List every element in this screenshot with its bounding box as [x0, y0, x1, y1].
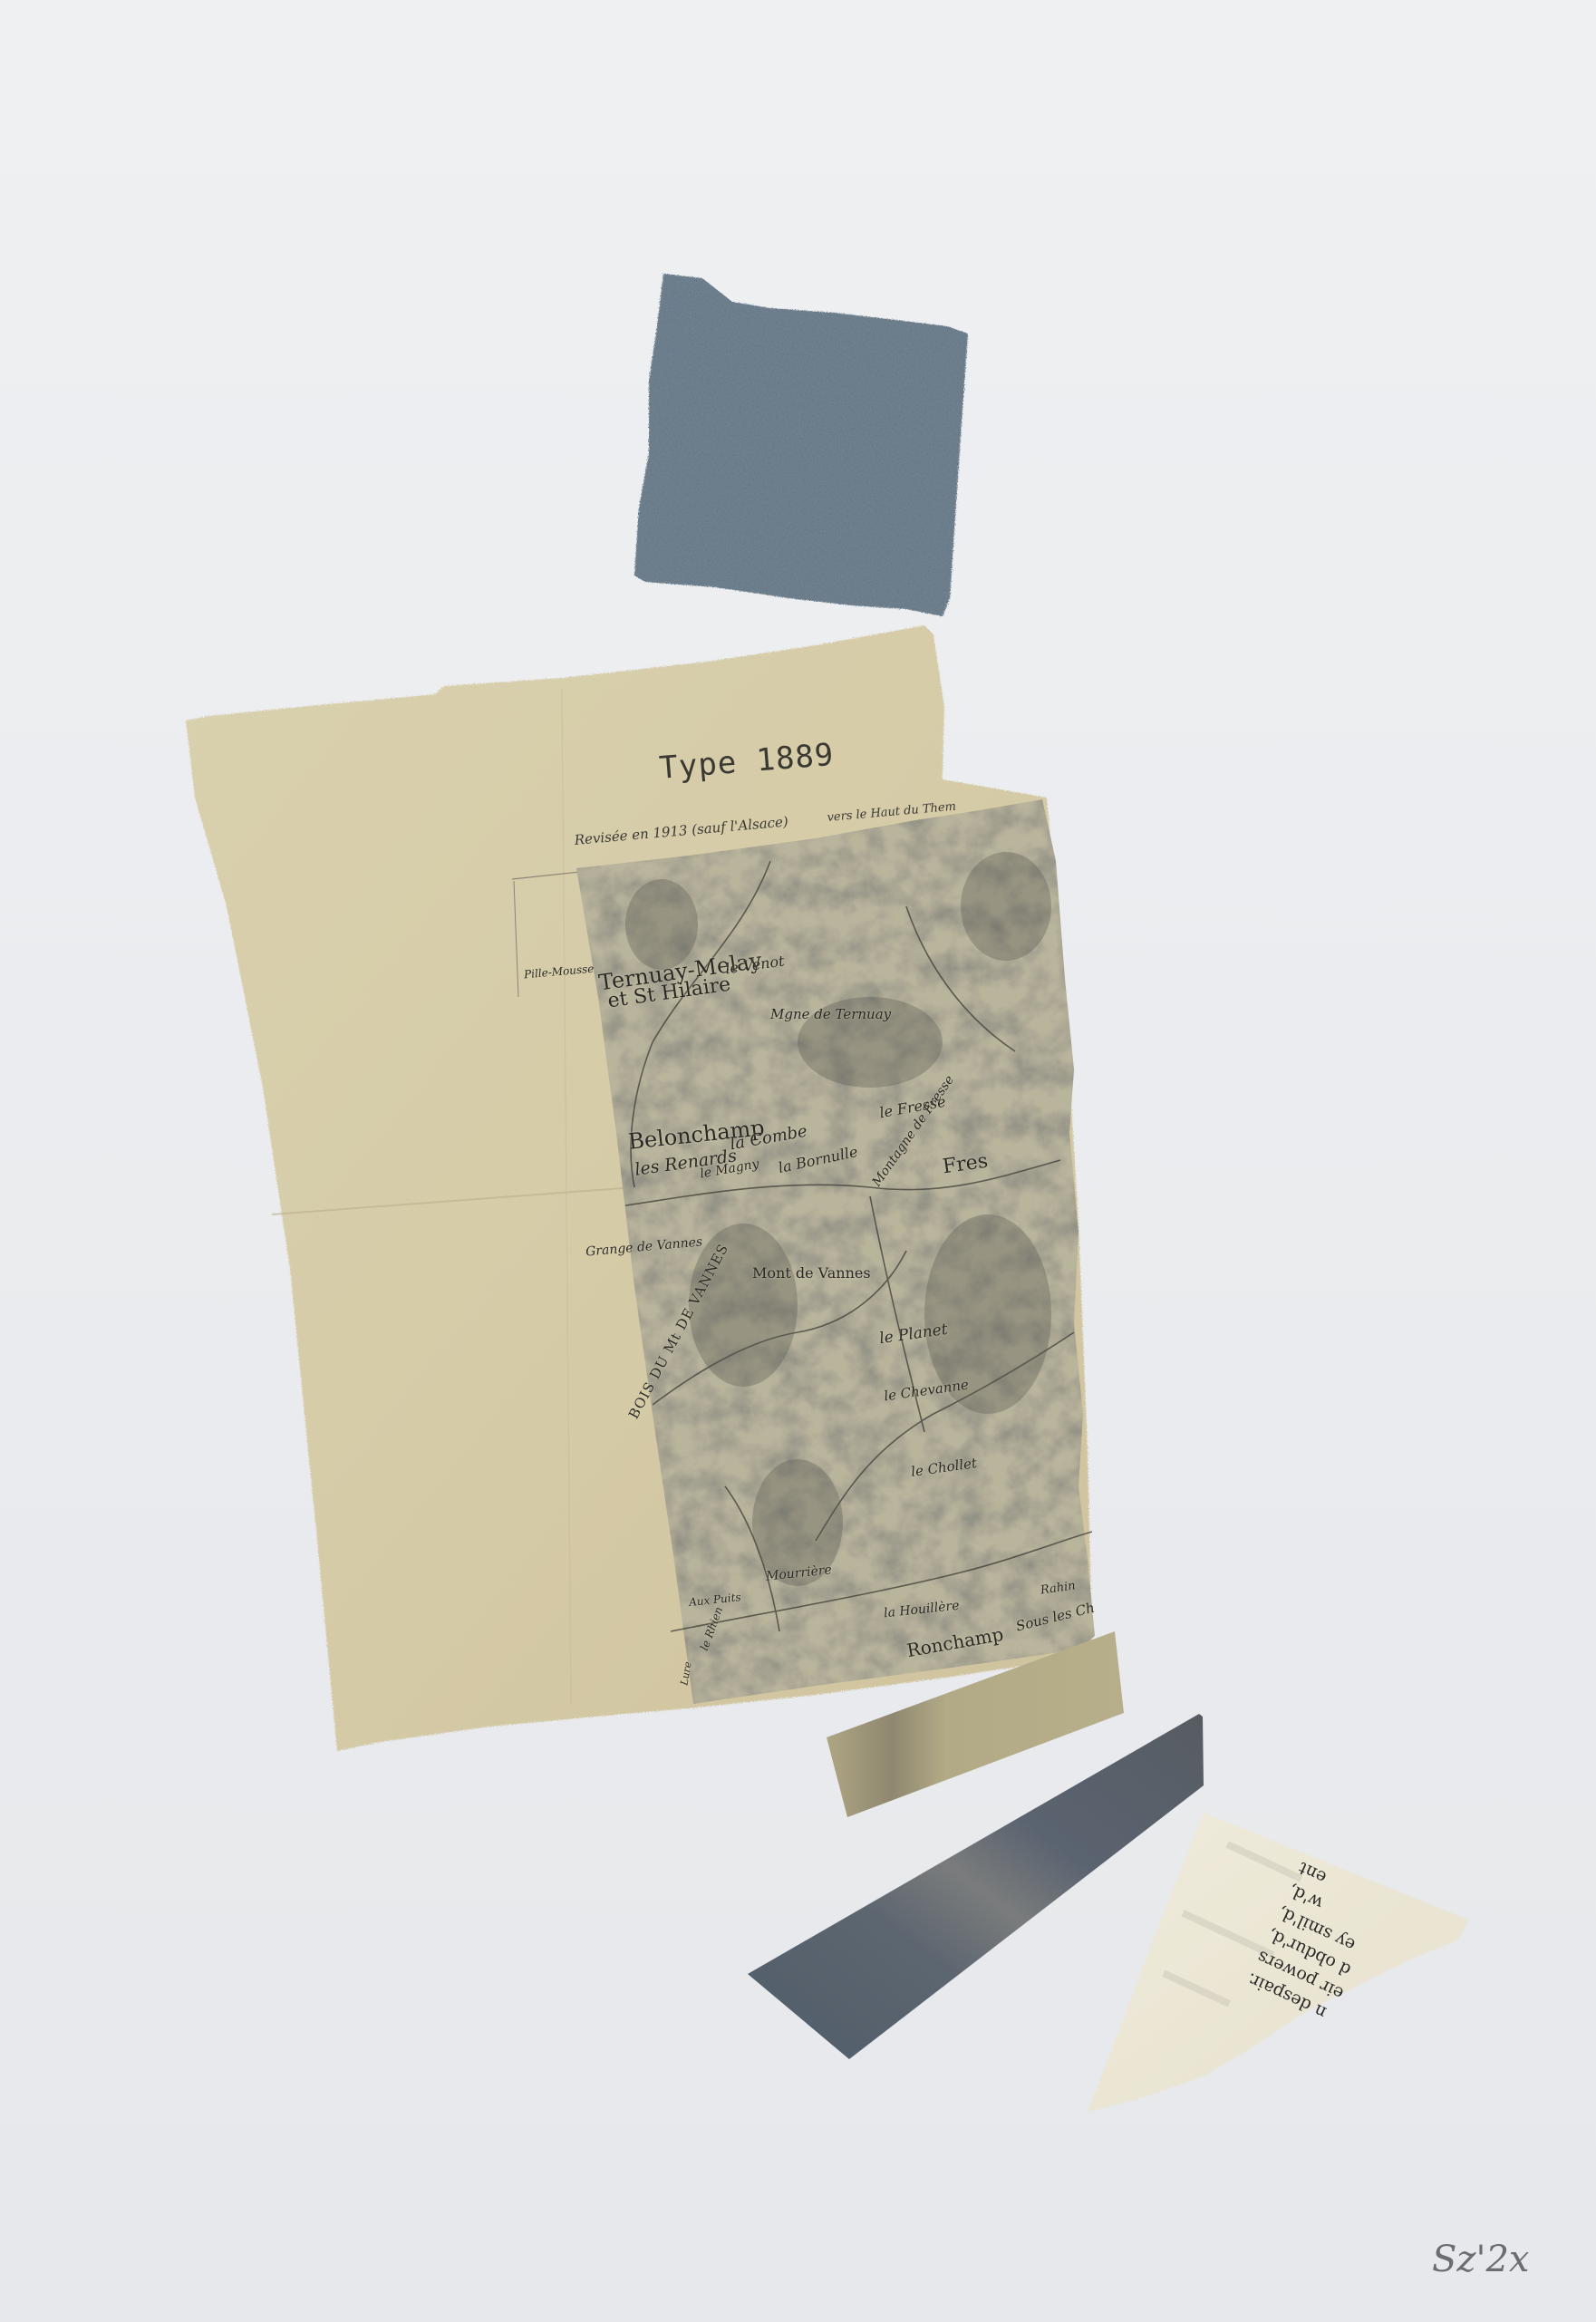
map-label: Mgne de Ternuay: [770, 1006, 891, 1022]
artist-signature: Sz'2x: [1432, 2239, 1529, 2280]
map-label: Mont de Vannes: [752, 1264, 871, 1282]
